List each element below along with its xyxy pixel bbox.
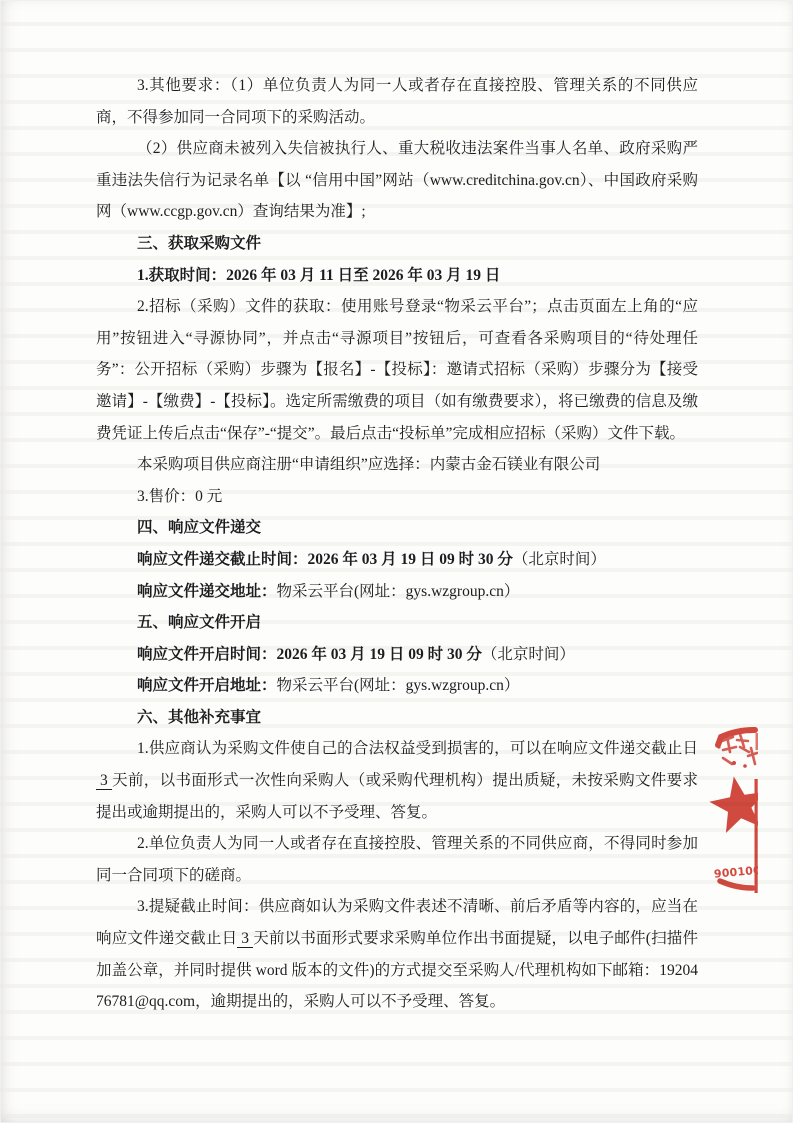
seal-filled-parts: 90010001 xyxy=(709,733,777,893)
para-opening-time: 响应文件开启时间：2026 年 03 月 19 日 09 时 30 分（北京时间… xyxy=(96,639,698,671)
text-segment: 响应文件开启地址： xyxy=(137,677,277,694)
document-body: 3.其他要求：（1）单位负责人为同一人或者存在直接控股、管理关系的不同供应商，不… xyxy=(96,70,698,1018)
underlined-value: 3 xyxy=(96,772,112,790)
underlined-value: 3 xyxy=(237,930,253,948)
text-segment: 2.单位负责人为同一人或者存在直接控股、管理关系的不同供应商，不得同时参加同一合… xyxy=(96,835,698,884)
text-segment: 2.招标（采购）文件的获取：使用账号登录“物采云平台”；点击页面左上角的“应用”… xyxy=(96,298,698,441)
text-segment: 3.售价：0 元 xyxy=(137,488,222,505)
para-credit-record: （2）供应商未被列入失信被执行人、重大税收违法案件当事人名单、政府采购严重违法失… xyxy=(96,133,698,228)
text-segment: （北京时间） xyxy=(513,551,606,568)
para-submission-address: 响应文件递交地址：物采云平台(网址：gys.wzgroup.cn） xyxy=(96,576,698,608)
text-segment: 六、其他补充事宜 xyxy=(137,709,261,726)
text-segment: 响应文件开启时间：2026 年 03 月 19 日 09 时 30 分 xyxy=(137,646,482,663)
text-segment: 五、响应文件开启 xyxy=(137,614,261,631)
para-query-rights: 1.供应商认为采购文件使自己的合法权益受到损害的，可以在响应文件递交截止日 3天… xyxy=(96,733,698,828)
text-segment: （2）供应商未被列入失信被执行人、重大税收违法案件当事人名单、政府采购严重违法失… xyxy=(96,140,698,220)
official-seal-stamp: 90010001 xyxy=(660,700,793,915)
section-heading-response-opening: 五、响应文件开启 xyxy=(96,607,698,639)
text-segment: 本采购项目供应商注册“申请组织”应选择：内蒙古金石镁业有限公司 xyxy=(137,456,600,473)
text-segment: 四、响应文件递交 xyxy=(137,519,261,536)
section-heading-other-matters: 六、其他补充事宜 xyxy=(96,702,698,734)
para-submission-deadline: 响应文件递交截止时间：2026 年 03 月 19 日 09 时 30 分（北京… xyxy=(96,544,698,576)
text-segment: 1.获取时间：2026 年 03 月 11 日至 2026 年 03 月 19 … xyxy=(137,267,500,284)
section-heading-obtain-documents: 三、获取采购文件 xyxy=(96,228,698,260)
para-price: 3.售价：0 元 xyxy=(96,481,698,513)
text-segment: 响应文件递交地址： xyxy=(137,583,277,600)
para-question-deadline: 3.提疑截止时间：供应商如认为采购文件表述不清晰、前后矛盾等内容的，应当在响应文… xyxy=(96,891,698,1017)
text-segment: 物采云平台(网址：gys.wzgroup.cn） xyxy=(277,583,520,600)
seal-cut-line xyxy=(755,779,758,893)
para-register-org: 本采购项目供应商注册“申请组织”应选择：内蒙古金石镁业有限公司 xyxy=(96,449,698,481)
para-obtain-method: 2.招标（采购）文件的获取：使用账号登录“物采云平台”；点击页面左上角的“应用”… xyxy=(96,291,698,449)
text-segment: （北京时间） xyxy=(482,646,575,663)
seal-number: 90010001 xyxy=(713,862,777,880)
para-same-person-restriction: 2.单位负责人为同一人或者存在直接控股、管理关系的不同供应商，不得同时参加同一合… xyxy=(96,828,698,891)
text-segment: 三、获取采购文件 xyxy=(137,235,261,252)
text-segment: 3.其他要求：（1）单位负责人为同一人或者存在直接控股、管理关系的不同供应商，不… xyxy=(96,77,698,126)
text-segment: 响应文件递交截止时间：2026 年 03 月 19 日 09 时 30 分 xyxy=(137,551,513,568)
text-segment: 1.供应商认为采购文件使自己的合法权益受到损害的，可以在响应文件递交截止日 xyxy=(137,740,698,757)
text-segment: 物采云平台(网址：gys.wzgroup.cn） xyxy=(277,677,520,694)
seal-characters xyxy=(722,734,757,764)
para-obtain-time: 1.获取时间：2026 年 03 月 11 日至 2026 年 03 月 19 … xyxy=(96,260,698,292)
section-heading-response-submission: 四、响应文件递交 xyxy=(96,512,698,544)
para-other-requirements: 3.其他要求：（1）单位负责人为同一人或者存在直接控股、管理关系的不同供应商，不… xyxy=(96,70,698,133)
text-segment: 天前，以书面形式一次性向采购人（或采购代理机构）提出质疑，未按采购文件要求提出或… xyxy=(96,772,698,821)
document-page: 3.其他要求：（1）单位负责人为同一人或者存在直接控股、管理关系的不同供应商，不… xyxy=(0,0,793,1123)
para-opening-address: 响应文件开启地址：物采云平台(网址：gys.wzgroup.cn） xyxy=(96,670,698,702)
